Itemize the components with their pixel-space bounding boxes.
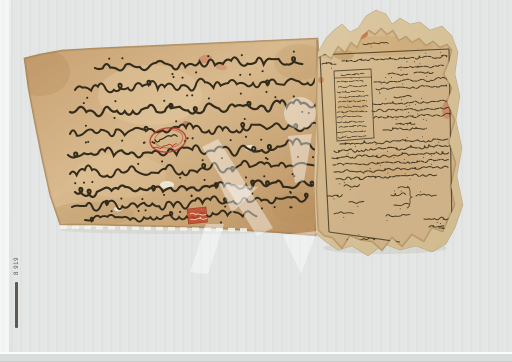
watermark-dot — [284, 97, 316, 129]
watermark-shape — [283, 231, 317, 274]
left-manuscript — [10, 38, 326, 236]
red-square-stamp — [187, 207, 208, 224]
manuscript-stain — [10, 48, 70, 96]
script-diacritic-dot — [201, 209, 202, 210]
right-form-document — [314, 10, 463, 256]
script-diacritic-dot — [194, 214, 195, 215]
archival-label: 8 919 — [11, 240, 22, 328]
documents-scene — [0, 0, 512, 362]
stamp-body — [187, 207, 208, 224]
archival-label-text-bar — [15, 282, 18, 328]
form-stain — [334, 50, 354, 60]
archival-label-code: 8 919 — [14, 257, 20, 275]
scanned-archive-page: 8 919 — [0, 0, 512, 362]
